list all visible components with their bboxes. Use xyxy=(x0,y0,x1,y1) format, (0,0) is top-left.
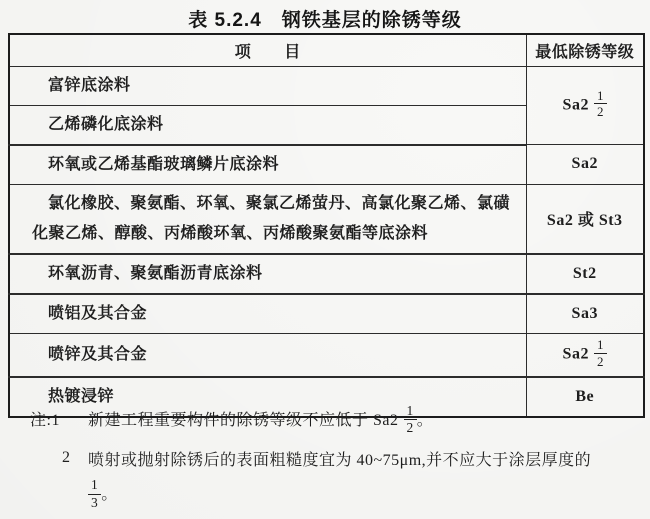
table-caption: 表 5.2.4 钢铁基层的除锈等级 xyxy=(0,5,650,32)
table-row: 喷锌及其合金 Sa212 xyxy=(9,334,644,377)
column-header-item: 项 目 xyxy=(9,34,526,66)
table-row: 环氧或乙烯基酯玻璃鳞片底涂料 Sa2 xyxy=(9,145,644,185)
fraction-denominator: 2 xyxy=(594,354,607,369)
item-cell: 乙烯磷化底涂料 xyxy=(9,105,526,145)
fraction-numerator: 1 xyxy=(594,89,607,105)
grade-cell: Sa2 xyxy=(526,145,644,185)
note-label: 注:1 xyxy=(30,401,88,430)
table-row: 环氧沥青、聚氨酯沥青底涂料 St2 xyxy=(9,254,644,294)
item-cell: 环氧或乙烯基酯玻璃鳞片底涂料 xyxy=(9,145,526,185)
rust-grade-table: 项 目 最低除锈等级 富锌底涂料 Sa212 乙烯磷化底涂料 环氧或乙烯基酯玻璃… xyxy=(8,33,645,418)
note-1-body: 新建工程重要构件的除锈等级不应低于 Sa2 xyxy=(88,412,399,429)
note-2-fraction-line: 13。 xyxy=(88,481,640,509)
grade-cell: Sa2 或 St3 xyxy=(526,184,644,254)
fraction-denominator: 2 xyxy=(404,420,417,435)
grade-cell: Sa212 xyxy=(526,66,644,145)
item-cell: 氯化橡胶、聚氨酯、环氧、聚氯乙烯萤丹、高氯化聚乙烯、氯磺化聚乙烯、醇酸、丙烯酸环… xyxy=(9,184,526,254)
note-1: 注:1 新建工程重要构件的除锈等级不应低于 Sa212。 xyxy=(30,401,640,435)
document-page: 表 5.2.4 钢铁基层的除锈等级 项 目 最低除锈等级 富锌底涂料 Sa212… xyxy=(0,0,650,519)
note-1-period: 。 xyxy=(417,412,434,429)
fraction: 12 xyxy=(404,404,417,435)
table-row: 喷铝及其合金 Sa3 xyxy=(9,294,644,334)
fraction-numerator: 1 xyxy=(404,404,417,420)
fraction-numerator: 1 xyxy=(594,338,607,354)
item-cell: 环氧沥青、聚氨酯沥青底涂料 xyxy=(9,254,526,294)
item-cell: 喷锌及其合金 xyxy=(9,334,526,377)
table-row: 富锌底涂料 Sa212 xyxy=(9,66,644,105)
fraction-denominator: 2 xyxy=(594,104,607,119)
note-2: 2 喷射或抛射除锈后的表面粗糙度宜为 40~75μm,并不应大于涂层厚度的 13… xyxy=(30,449,640,509)
fraction: 12 xyxy=(594,89,607,119)
fraction-numerator: 1 xyxy=(88,478,101,494)
grade-cell: Sa212 xyxy=(526,334,644,377)
note-2-number: 2 xyxy=(62,449,88,467)
grade-text: Sa2 xyxy=(563,345,589,362)
fraction: 13 xyxy=(88,478,101,509)
note-2-body: 喷射或抛射除锈后的表面粗糙度宜为 40~75μm,并不应大于涂层厚度的 xyxy=(88,452,591,469)
grade-text: Sa2 xyxy=(563,96,589,113)
fraction-denominator: 3 xyxy=(88,495,101,510)
fraction: 12 xyxy=(594,338,607,368)
grade-cell: Sa3 xyxy=(526,294,644,334)
item-cell: 喷铝及其合金 xyxy=(9,294,526,334)
table-notes: 注:1 新建工程重要构件的除锈等级不应低于 Sa212。 2 喷射或抛射除锈后的… xyxy=(30,401,640,510)
note-2-period: 。 xyxy=(101,486,118,503)
table-header-row: 项 目 最低除锈等级 xyxy=(9,34,644,66)
column-header-grade: 最低除锈等级 xyxy=(526,34,644,66)
note-2-text: 喷射或抛射除锈后的表面粗糙度宜为 40~75μm,并不应大于涂层厚度的 13。 xyxy=(88,449,640,509)
note-1-text: 新建工程重要构件的除锈等级不应低于 Sa212。 xyxy=(88,401,640,435)
item-cell: 富锌底涂料 xyxy=(9,66,526,105)
grade-cell: St2 xyxy=(526,254,644,294)
table-row: 氯化橡胶、聚氨酯、环氧、聚氯乙烯萤丹、高氯化聚乙烯、氯磺化聚乙烯、醇酸、丙烯酸环… xyxy=(9,184,644,254)
